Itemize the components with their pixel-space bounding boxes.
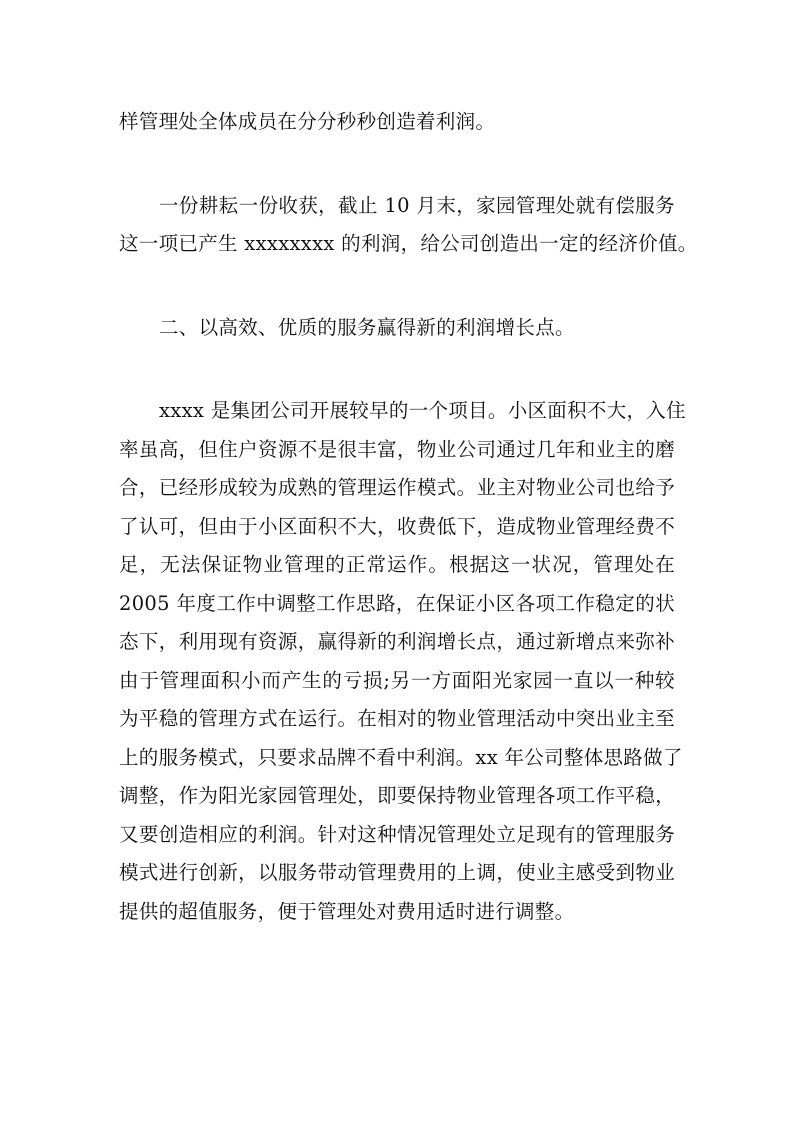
text-line: 态下，利用现有资源，赢得新的利润增长点，通过新增点来弥补	[119, 623, 675, 662]
paragraph-spacing	[119, 264, 675, 309]
text-line: 为平稳的管理方式在运行。在相对的物业管理活动中突出业主至	[119, 700, 675, 739]
text-line: 率虽高，但住户资源不是很丰富，物业公司通过几年和业主的磨	[119, 431, 675, 470]
text-line: 上的服务模式，只要求品牌不看中利润。xx 年公司整体思路做了	[119, 739, 675, 778]
text-line: 一份耕耘一份收获，截止 10 月末，家园管理处就有偿服务	[119, 187, 675, 226]
text-line: 又要创造相应的利润。针对这种情况管理处立足现有的管理服务	[119, 816, 675, 855]
text-line: 这一项已产生 xxxxxxxx 的利润，给公司创造出一定的经济价值。	[119, 225, 675, 264]
text-line: xxxx 是集团公司开展较早的一个项目。小区面积不大，入住	[119, 392, 675, 431]
section-heading: 二、以高效、优质的服务赢得新的利润增长点。	[119, 309, 675, 348]
paragraph-spacing	[119, 347, 675, 392]
text-line: 样管理处全体成员在分分秒秒创造着利润。	[119, 103, 675, 142]
text-line: 2005 年度工作中调整工作思路，在保证小区各项工作稳定的状	[119, 585, 675, 624]
text-line: 提供的超值服务，便于管理处对费用适时进行调整。	[119, 893, 675, 932]
text-line: 由于管理面积小而产生的亏损;另一方面阳光家园一直以一种较	[119, 662, 675, 701]
text-line: 调整，作为阳光家园管理处，即要保持物业管理各项工作平稳，	[119, 777, 675, 816]
paragraph-harvest: 一份耕耘一份收获，截止 10 月末，家园管理处就有偿服务 这一项已产生 xxxx…	[119, 187, 675, 264]
heading-text: 二、以高效、优质的服务赢得新的利润增长点。	[119, 309, 675, 348]
text-line: 合，已经形成较为成熟的管理运作模式。业主对物业公司也给予	[119, 469, 675, 508]
paragraph-spacing	[119, 142, 675, 187]
document-body: 样管理处全体成员在分分秒秒创造着利润。 一份耕耘一份收获，截止 10 月末，家园…	[119, 103, 675, 931]
text-line: 足，无法保证物业管理的正常运作。根据这一状况，管理处在	[119, 546, 675, 585]
document-page: 样管理处全体成员在分分秒秒创造着利润。 一份耕耘一份收获，截止 10 月末，家园…	[0, 0, 793, 1122]
text-line: 模式进行创新，以服务带动管理费用的上调，使业主感受到物业	[119, 854, 675, 893]
text-line: 了认可，但由于小区面积不大，收费低下，造成物业管理经费不	[119, 508, 675, 547]
paragraph-continuation: 样管理处全体成员在分分秒秒创造着利润。	[119, 103, 675, 142]
paragraph-body: xxxx 是集团公司开展较早的一个项目。小区面积不大，入住 率虽高，但住户资源不…	[119, 392, 675, 931]
